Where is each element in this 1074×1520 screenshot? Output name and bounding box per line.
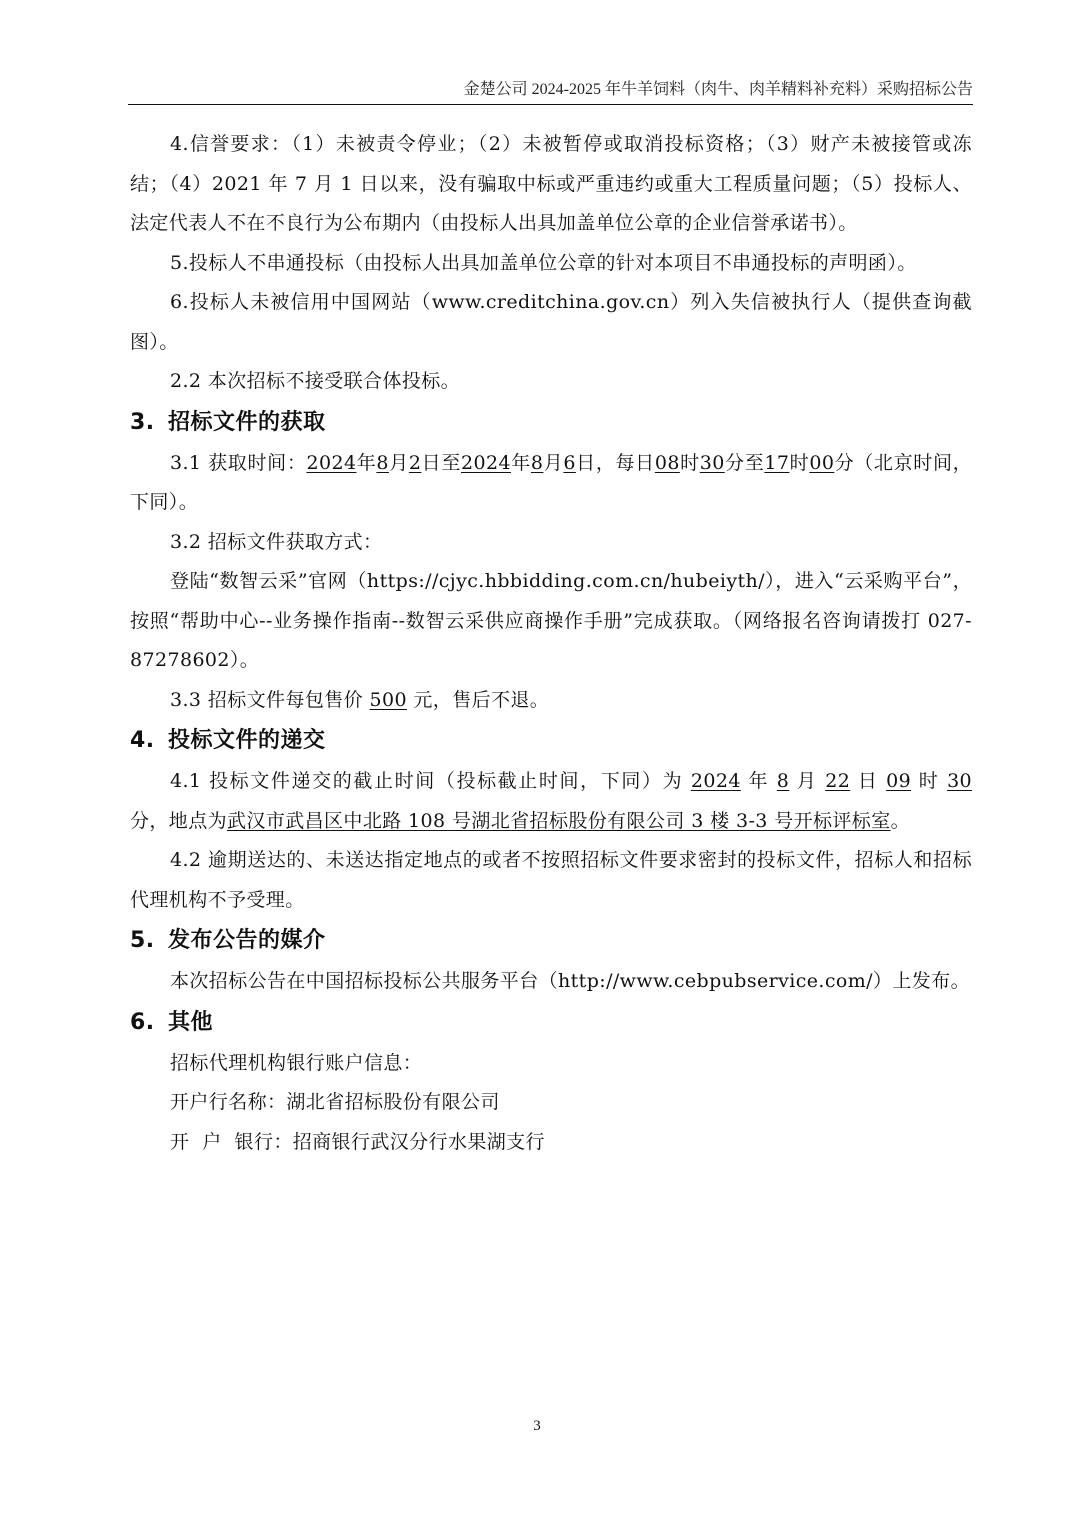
section-title: 发布公告的媒介 <box>168 928 326 953</box>
section-number: 4. <box>130 720 168 762</box>
start-day: 2 <box>409 452 422 474</box>
section-6-heading: 6.其他 <box>130 1002 972 1044</box>
start-year: 2024 <box>307 452 357 474</box>
deadline-paragraph: 4.1 投标文件递交的截止时间（投标截止时间，下同）为 2024 年 8 月 2… <box>130 762 972 841</box>
acquisition-method-label: 3.2 招标文件获取方式： <box>130 523 972 563</box>
document-price-paragraph: 3.3 招标文件每包售价 500 元，售后不退。 <box>130 681 972 721</box>
deadline-hour: 09 <box>886 770 911 792</box>
bank-info-label: 招标代理机构银行账户信息： <box>130 1044 972 1084</box>
header-divider <box>128 104 973 105</box>
page-number: 3 <box>0 1418 1074 1435</box>
section-title: 招标文件的获取 <box>168 410 326 435</box>
start-month: 8 <box>376 452 389 474</box>
deadline-month: 8 <box>777 770 790 792</box>
document-body: 4.信誉要求：（1）未被责令停业；（2）未被暂停或取消投标资格；（3）财产未被接… <box>130 125 972 1162</box>
credit-china-paragraph: 6.投标人未被信用中国网站（www.creditchina.gov.cn）列入失… <box>130 283 972 362</box>
acquisition-method-paragraph: 登陆“数智云采”官网（https://cjyc.hbbidding.com.cn… <box>130 562 972 681</box>
credit-requirement-paragraph: 4.信誉要求：（1）未被责令停业；（2）未被暂停或取消投标资格；（3）财产未被接… <box>130 125 972 244</box>
location: 武汉市武昌区中北路 108 号湖北省招标股份有限公司 3 楼 3-3 号开标评标… <box>227 810 891 832</box>
deadline-day: 22 <box>825 770 850 792</box>
bank-name: 开 户 银行：招商银行武汉分行水果湖支行 <box>130 1123 972 1163</box>
account-name: 开户行名称：湖北省招标股份有限公司 <box>130 1083 972 1123</box>
section-title: 投标文件的递交 <box>168 728 326 753</box>
running-header: 金楚公司 2024-2025 年牛羊饲料（肉牛、肉羊精料补充料）采购招标公告 <box>128 80 973 100</box>
deadline-minute: 30 <box>947 770 972 792</box>
no-consortium-paragraph: 2.2 本次招标不接受联合体投标。 <box>130 362 972 402</box>
end-year: 2024 <box>461 452 511 474</box>
section-number: 3. <box>130 402 168 444</box>
section-number: 6. <box>130 1002 168 1044</box>
section-4-heading: 4.投标文件的递交 <box>130 720 972 762</box>
end-hour: 17 <box>764 452 789 474</box>
deadline-year: 2024 <box>691 770 741 792</box>
media-paragraph: 本次招标公告在中国招标投标公共服务平台（http://www.cebpubser… <box>130 962 972 1002</box>
end-minute: 00 <box>809 452 834 474</box>
price-value: 500 <box>370 689 407 711</box>
no-collusion-paragraph: 5.投标人不串通投标（由投标人出具加盖单位公章的针对本项目不串通投标的声明函）。 <box>130 244 972 284</box>
section-5-heading: 5.发布公告的媒介 <box>130 920 972 962</box>
section-number: 5. <box>130 920 168 962</box>
late-submission-paragraph: 4.2 逾期送达的、未送达指定地点的或者不按照招标文件要求密封的投标文件，招标人… <box>130 841 972 920</box>
section-title: 其他 <box>168 1010 213 1035</box>
end-day: 6 <box>563 452 576 474</box>
section-3-heading: 3.招标文件的获取 <box>130 402 972 444</box>
start-hour: 08 <box>655 452 680 474</box>
end-month: 8 <box>531 452 544 474</box>
acquisition-time-paragraph: 3.1 获取时间：2024年8月2日至2024年8月6日，每日08时30分至17… <box>130 444 972 523</box>
start-minute: 30 <box>700 452 725 474</box>
